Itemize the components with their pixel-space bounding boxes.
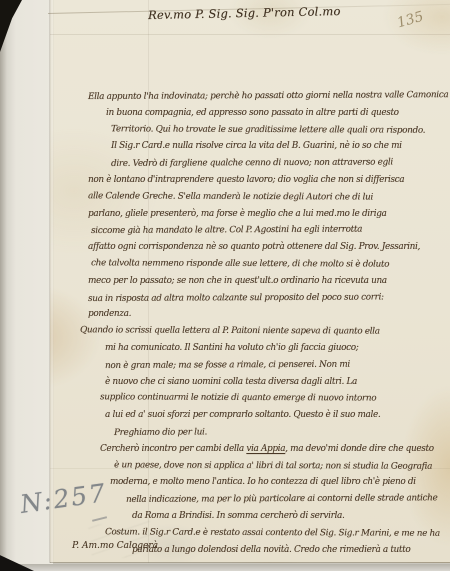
letter-line: che talvolta nemmeno risponde alle sue l… (91, 255, 446, 273)
signature: P. Am.mo Calogerà (72, 541, 158, 551)
scanner-strip-bottom (0, 564, 450, 571)
letter-line: è nuovo che ci siano uomini colla testa … (105, 374, 446, 391)
letter-line: Preghiamo dio per lui. (114, 423, 446, 442)
scanned-letter: Rev.mo P. Sig. Sig. P'ron Col.mo 135 Ell… (0, 0, 450, 571)
letter-line: supplico continuarmi le notizie di quant… (100, 390, 446, 408)
letter-line: alle Calende Greche. S'ella manderà le n… (88, 188, 446, 206)
letter-line: in buona compagnia, ed appresso sono pas… (106, 105, 446, 122)
letter-line: nella indicazione, ma per lo più partico… (126, 490, 446, 508)
letter-line-text: Cercherò incontro per cambi della (100, 444, 246, 454)
letter-line: non è lontano d'intraprendere questo lav… (88, 172, 446, 189)
letter-line: dire. Vedrò di fargliene qualche cenno d… (111, 154, 446, 173)
letter-line: affatto ogni corrispondenza nè so quanto… (88, 239, 446, 256)
letter-line-text: , ma devo'mi donde dire che questo (285, 444, 434, 454)
letter-line: Quando io scrissi quella lettera al P. P… (80, 322, 446, 340)
underlined-phrase: via Appia (246, 444, 285, 454)
adjacent-page-edge (0, 0, 53, 564)
letter-line: pondenza. (88, 306, 446, 323)
letter-line: moderna, e molto meno l'antica. Io ho co… (110, 474, 446, 491)
letter-body: Ella appunto l'ha indovinata; perchè ho … (88, 88, 446, 558)
letter-line: non è gran male; ma se fosse a rimale, c… (105, 356, 446, 375)
ink-showthrough-smudge (88, 518, 154, 561)
letter-line: da Roma a Brindisi. In somma cercherò di… (132, 508, 446, 525)
letter-line: meco per lo passato; se non che in quest… (88, 273, 446, 290)
letter-line: a lui ed a' suoi sforzi per comprarlo so… (105, 407, 446, 424)
letter-line: è un paese, dove non si applica a' libri… (114, 457, 446, 475)
letter-line: Cercherò incontro per cambi della via Ap… (100, 441, 446, 458)
fold-crease-horizontal (50, 34, 450, 35)
letter-line: parlato a lungo dolendosi della novità. … (132, 542, 446, 559)
fold-crease-vertical (49, 0, 54, 563)
letter-line: Ella appunto l'ha indovinata; perchè ho … (88, 87, 446, 106)
letter-line: Costum. il Sig.r Card.e è restato assai … (105, 524, 446, 542)
letter-line: mi ha comunicato. Il Santini ha voluto c… (105, 340, 446, 357)
letter-line: sua in risposta ad altra molto calzante … (88, 289, 446, 308)
letter-line: parlano, gliele presenterò, ma forse è m… (88, 206, 446, 223)
letter-line: siccome già ha mandato le altre. Col P. … (91, 221, 446, 240)
letter-line: Territorio. Qui ho trovate le sue gradit… (111, 121, 446, 139)
letter-line: Il Sig.r Card.e nulla risolve circa la v… (111, 138, 446, 155)
